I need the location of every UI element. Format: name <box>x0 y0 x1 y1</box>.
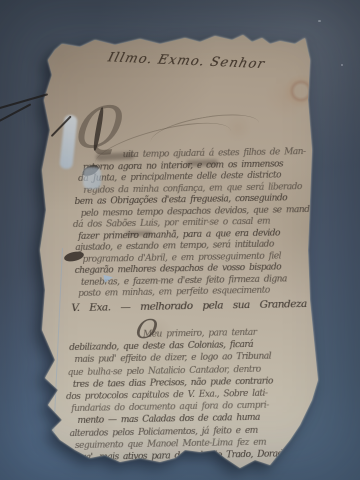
dust-speck <box>318 20 321 22</box>
margin-line <box>53 248 63 446</box>
manuscript-line: V. Exa. — melhorado pela sua Grandeza <box>71 298 313 314</box>
paper-sheet: Illmo. Exmo. Senhor Q uita tempo ajudará… <box>38 33 320 470</box>
ink-smear <box>186 159 218 166</box>
photo-background: Illmo. Exmo. Senhor Q uita tempo ajudará… <box>0 0 360 480</box>
manuscript-heading: Illmo. Exmo. Senhor <box>106 50 280 72</box>
blue-mark <box>103 273 113 282</box>
manuscript-paragraph-2: Meu primeiro, para tentardebilizando, qu… <box>65 326 315 465</box>
ink-smear <box>126 231 152 236</box>
manuscript-paper: Illmo. Exmo. Senhor Q uita tempo ajudará… <box>38 33 320 470</box>
blue-tape-smudge <box>83 167 101 189</box>
dust-speck <box>341 64 343 66</box>
crease-mark <box>0 103 31 129</box>
manuscript-paragraph-1: uita tempo ajudará á estes filhos de Man… <box>71 147 314 314</box>
